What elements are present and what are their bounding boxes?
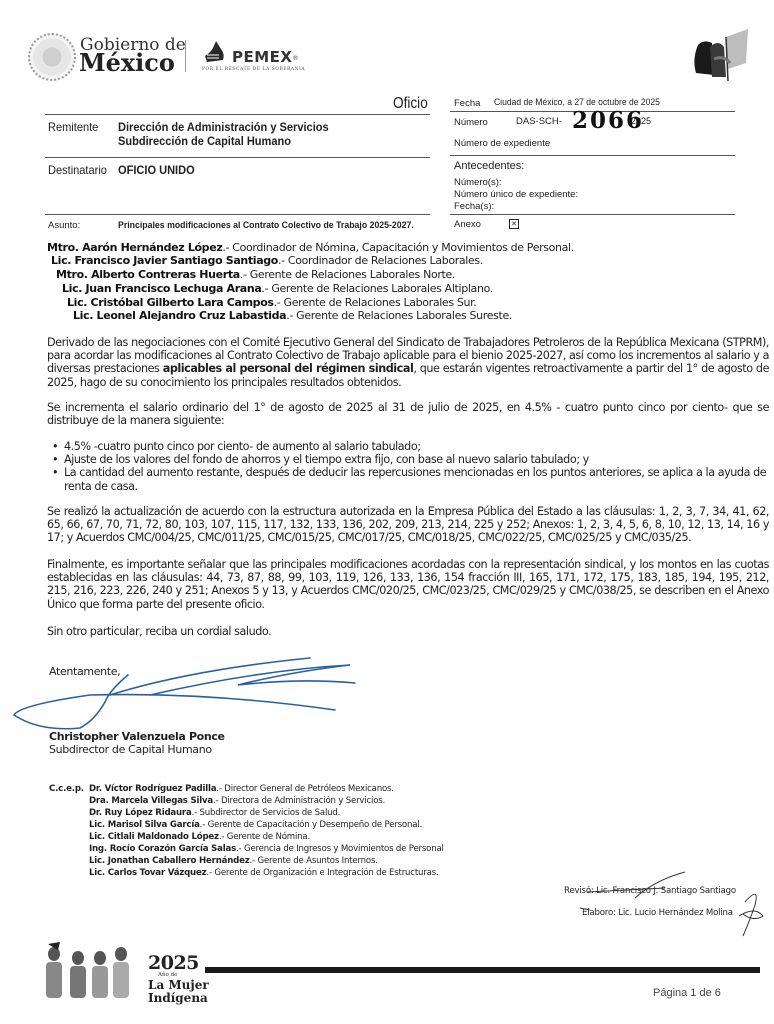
bullet-item: Ajuste de los valores del fondo de ahorr…	[52, 453, 769, 466]
rule	[45, 114, 430, 115]
remitente-label: Remitente	[48, 120, 98, 134]
document-type: Oficio	[393, 95, 428, 113]
recipient-2: Mtro. Alberto Contreras Huerta.- Gerente…	[56, 268, 455, 281]
ccp-entry: Dr. Víctor Rodríguez Padilla.- Director …	[89, 784, 394, 794]
ccp-entry: Lic. Carlos Tovar Vázquez.- Gerente de O…	[89, 868, 438, 878]
ccp-entry: Dra. Marcela Villegas Silva.- Directora …	[89, 796, 385, 806]
signature-scribble	[10, 650, 360, 740]
year-logo-line2: Indígena	[148, 991, 208, 1005]
gov-logo-line2: México	[79, 48, 175, 77]
year-logo-line1: La Mujer	[148, 978, 209, 992]
numero-label: Número	[454, 117, 488, 128]
remitente-line1: Dirección de Administración y Servicios	[118, 120, 329, 134]
fechas-label: Fecha(s):	[454, 201, 494, 212]
destinatario-label: Destinatario	[48, 163, 107, 177]
ccp-entry: Ing. Rocío Corazón García Salas.- Gerenc…	[89, 844, 444, 854]
destinatario-value: OFICIO UNIDO	[118, 163, 195, 177]
asunto-value: Principales modificaciones al Contrato C…	[118, 220, 414, 231]
paragraph-2: Se incrementa el salario ordinario del 1…	[47, 401, 769, 427]
remitente-line2: Subdirección de Capital Humano	[118, 134, 291, 148]
antecedentes-label: Antecedentes:	[454, 160, 524, 172]
numero-unico-label: Número único de expediente:	[454, 189, 578, 200]
ccp-entry: Lic. Jonathan Caballero Hernández.- Gere…	[89, 856, 378, 866]
signer-title: Subdirector de Capital Humano	[49, 743, 212, 756]
rule	[45, 214, 430, 215]
bullet-list: 4.5% -cuatro punto cinco por ciento- de …	[52, 440, 769, 493]
paragraph-3: Se realizó la actualización de acuerdo c…	[47, 505, 769, 545]
anexo-label: Anexo	[454, 219, 481, 230]
pemex-eagle-icon	[203, 40, 229, 64]
year-logo-number: 2025	[148, 952, 199, 974]
numero-prefix: DAS-SCH-	[516, 116, 562, 127]
page-number: Página 1 de 6	[653, 987, 721, 999]
pemex-tagline: POR EL RESCATE DE LA SOBERANÍA	[202, 67, 305, 72]
recipient-5: Lic. Leonel Alejandro Cruz Labastida.- G…	[73, 309, 512, 322]
footer-rule	[205, 967, 760, 973]
anexo-checkbox[interactable]: ✕	[509, 219, 519, 229]
rule	[450, 214, 735, 215]
checked-box-icon: ✕	[511, 221, 517, 228]
ccp-entry: Lic. Marisol Silva García.- Gerente de C…	[89, 820, 422, 830]
ccp-entry: Lic. Citlali Maldonado López.- Gerente d…	[89, 832, 310, 842]
pemex-logo-text: PEMEX®	[232, 48, 299, 66]
mexico-coat-of-arms-icon	[28, 33, 76, 81]
recipient-4: Lic. Cristóbal Gilberto Lara Campos.- Ge…	[67, 296, 476, 309]
rule	[450, 155, 735, 156]
indigenous-women-illustration-icon	[38, 940, 138, 1004]
paragraph-4: Finalmente, es importante señalar que la…	[47, 558, 769, 611]
ccp-entry: Dr. Ruy López Ridaura.- Subdirector de S…	[89, 808, 340, 818]
initials-scribble	[575, 870, 774, 940]
asunto-label: Asunto:	[48, 220, 80, 231]
fecha-label: Fecha	[454, 98, 480, 109]
numeros-label: Número(s):	[454, 177, 502, 188]
numero-suffix: -2025	[628, 116, 651, 126]
logo-divider	[185, 40, 186, 72]
bullet-item: La cantidad del aumento restante, despué…	[52, 466, 769, 492]
bullet-item: 4.5% -cuatro punto cinco por ciento- de …	[52, 440, 769, 453]
expediente-label: Número de expediente	[454, 138, 550, 149]
flag-bearer-emblem-icon	[690, 25, 750, 85]
paragraph-5: Sin otro particular, reciba un cordial s…	[47, 625, 769, 638]
recipient-0: Mtro. Aarón Hernández López.- Coordinado…	[47, 241, 574, 254]
recipient-1: Lic. Francisco Javier Santiago Santiago.…	[51, 254, 483, 267]
rule	[45, 157, 430, 158]
ccp-label: C.c.e.p.	[49, 784, 84, 794]
paragraph-1: Derivado de las negociaciones con el Com…	[47, 336, 769, 389]
recipient-3: Lic. Juan Francisco Lechuga Arana.- Gere…	[62, 282, 493, 295]
signer-name: Christopher Valenzuela Ponce	[49, 730, 225, 743]
